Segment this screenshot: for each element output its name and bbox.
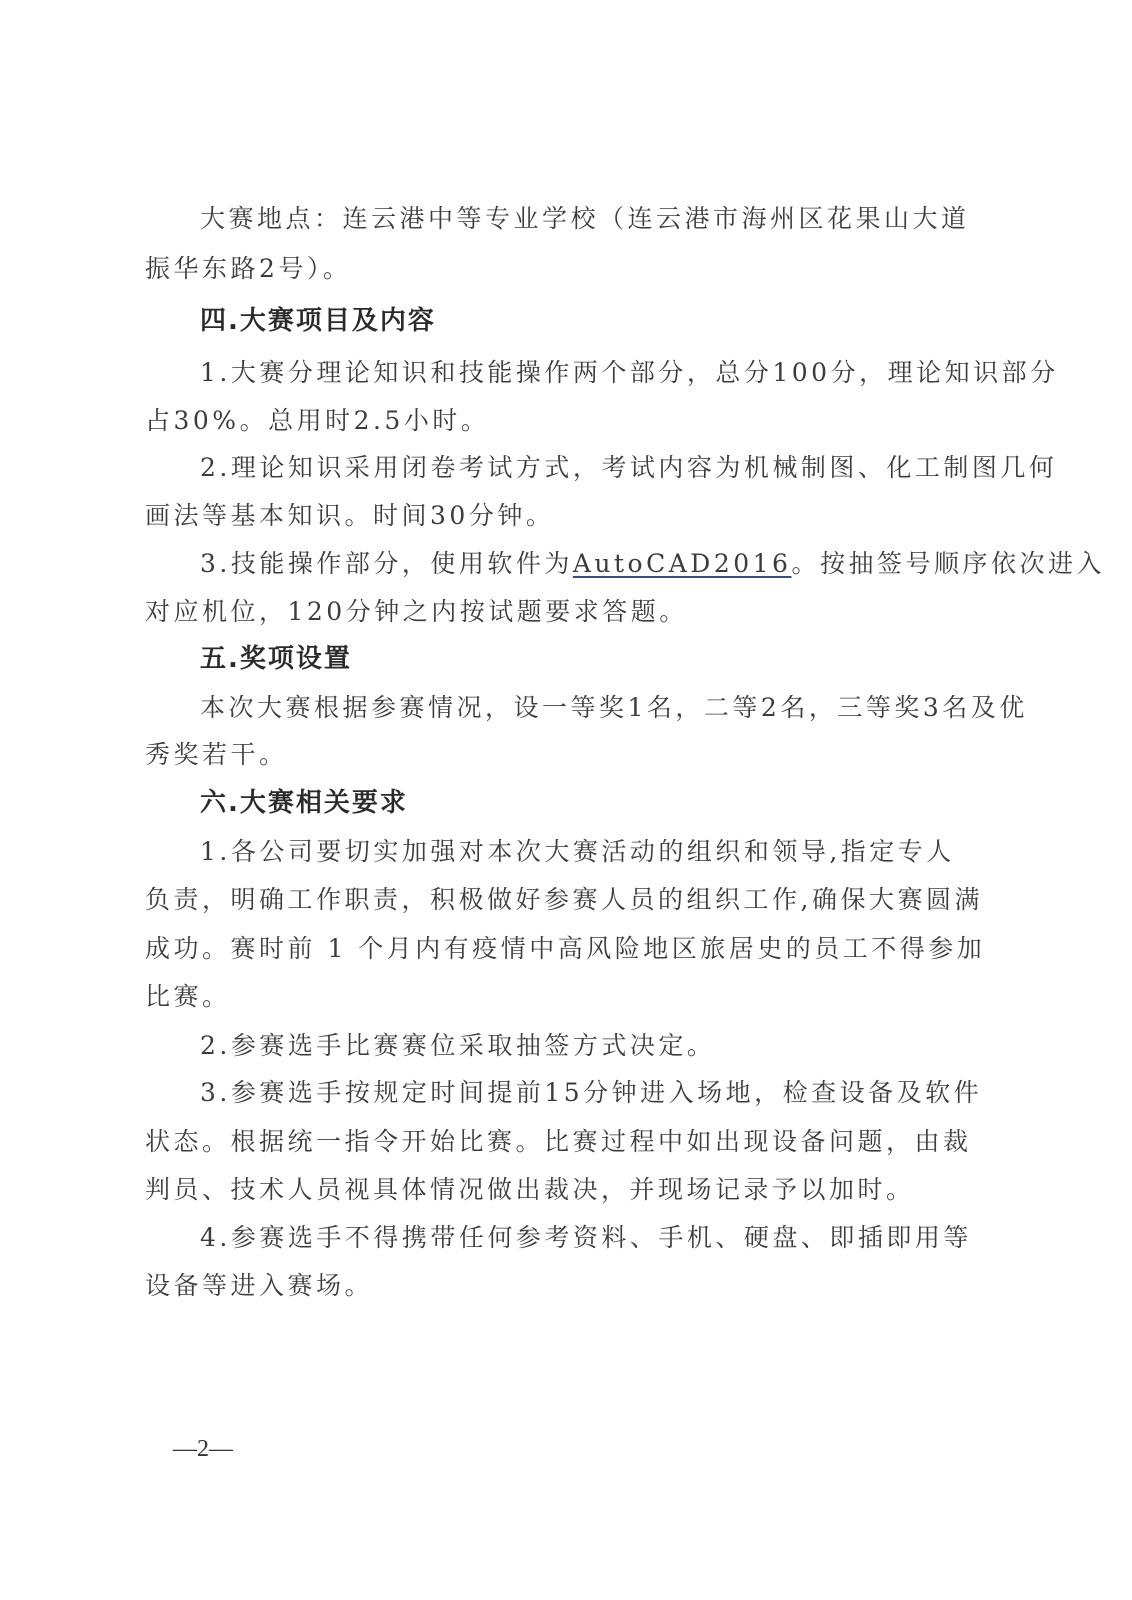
venue-line-2: 振华东路2号）。 [145, 253, 351, 285]
section-4-item-2-line-2: 画法等基本知识。时间30分钟。 [145, 500, 554, 532]
section-6-item-3-line-1: 3.参赛选手按规定时间提前15分钟进入场地，检查设备及软件 [200, 1077, 982, 1109]
section-6-item-1-line-1: 1.各公司要切实加强对本次大赛活动的组织和领导,指定专人 [200, 836, 955, 868]
section-4-item-2-line-1: 2.理论知识采用闭卷考试方式，考试内容为机械制图、化工制图几何 [200, 452, 1057, 484]
section-4-item-3-line-2: 对应机位，120分钟之内按试题要求答题。 [145, 596, 688, 628]
section-6-item-3-line-2: 状态。根据统一指令开始比赛。比赛过程中如出现设备问题，由裁 [145, 1126, 972, 1158]
section-6-item-1-line-2: 负责，明确工作职责，积极做好参赛人员的组织工作,确保大赛圆满 [145, 884, 983, 916]
section-4-item-1-line-1: 1.大赛分理论知识和技能操作两个部分，总分100分，理论知识部分 [200, 357, 1059, 389]
section-6-item-4-line-2: 设备等进入赛场。 [145, 1270, 373, 1302]
section-6-item-1-line-3: 成功。赛时前 1 个月内有疫情中高风险地区旅居史的员工不得参加 [145, 933, 985, 965]
section-4-heading: 四.大赛项目及内容 [200, 305, 436, 337]
section-4-item-1-line-2: 占30%。总用时2.5小时。 [145, 405, 489, 437]
section-6-item-1-line-4: 比赛。 [145, 981, 231, 1013]
document-page: 大赛地点：连云港中等专业学校（连云港市海州区花果山大道 振华东路2号）。 四.大… [0, 0, 1132, 1600]
section-4-item-3-line-1: 3.技能操作部分，使用软件为AutoCAD2016。按抽签号顺序依次进入 [200, 548, 1105, 580]
section-6-heading: 六.大赛相关要求 [200, 787, 408, 819]
section-5-line-1: 本次大赛根据参赛情况，设一等奖1名，二等2名，三等奖3名及优 [200, 692, 1028, 724]
software-name: AutoCAD2016 [573, 549, 792, 578]
item-3-suffix: 。按抽签号顺序依次进入 [791, 549, 1105, 578]
page-number: —2— [173, 1436, 233, 1463]
section-6-item-4-line-1: 4.参赛选手不得携带任何参考资料、手机、硬盘、即插即用等 [200, 1222, 972, 1254]
section-5-line-2: 秀奖若干。 [145, 739, 288, 771]
section-5-heading: 五.奖项设置 [200, 643, 352, 675]
section-6-item-2-line-1: 2.参赛选手比赛赛位采取抽签方式决定。 [200, 1030, 715, 1062]
item-3-prefix: 3.技能操作部分，使用软件为 [200, 549, 573, 578]
venue-line-1: 大赛地点：连云港中等专业学校（连云港市海州区花果山大道 [200, 203, 970, 235]
section-6-item-3-line-3: 判员、技术人员视具体情况做出裁决，并现场记录予以加时。 [145, 1174, 915, 1206]
